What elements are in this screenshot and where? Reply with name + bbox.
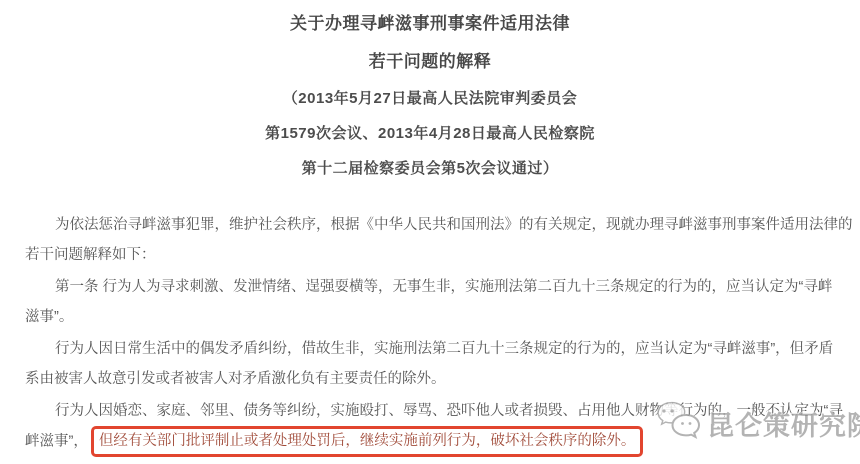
paragraph-family-disputes: 行为人因婚恋、家庭、邻里、债务等纠纷，实施殴打、辱骂、恐吓他人或者损毁、占用他人… xyxy=(25,396,846,457)
meta-line1: （2013年5月27日最高人民法院审判委员会 xyxy=(0,81,860,116)
paragraph-line: 行为人因婚恋、家庭、邻里、债务等纠纷，实施殴打、辱骂、恐吓他人或者损毁、占用他人… xyxy=(25,396,846,426)
paragraph-line: 系由被害人故意引发或者被害人对矛盾激化负有主要责任的除外。 xyxy=(25,364,846,394)
document-title-line1: 关于办理寻衅滋事刑事案件适用法律 xyxy=(0,5,860,43)
meta-line2: 第1579次会议、2013年4月28日最高人民检察院 xyxy=(0,116,860,151)
paragraph-line-prefix: 衅滋事”， xyxy=(25,433,88,449)
paragraph-line: 滋事”。 xyxy=(25,302,846,332)
document-meta: （2013年5月27日最高人民法院审判委员会 第1579次会议、2013年4月2… xyxy=(0,81,860,186)
document-title: 关于办理寻衅滋事刑事案件适用法律 若干问题的解释 xyxy=(0,0,860,81)
paragraph-line: 为依法惩治寻衅滋事犯罪，维护社会秩序，根据《中华人民共和国刑法》的有关规定，现就… xyxy=(25,210,846,240)
paragraph-line: 若干问题解释如下： xyxy=(25,240,846,270)
paragraph-line: 第一条 行为人为寻求刺激、发泄情绪、逞强耍横等，无事生非，实施刑法第二百九十三条… xyxy=(25,272,846,302)
paragraph-preamble: 为依法惩治寻衅滋事犯罪，维护社会秩序，根据《中华人民共和国刑法》的有关规定，现就… xyxy=(25,210,846,270)
highlighted-clause: 但经有关部门批评制止或者处理处罚后，继续实施前列行为，破坏社会秩序的除外。 xyxy=(99,433,636,449)
meta-line3: 第十二届检察委员会第5次会议通过） xyxy=(0,151,860,186)
paragraph-daily-disputes: 行为人因日常生活中的偶发矛盾纠纷，借故生非，实施刑法第二百九十三条规定的行为的，… xyxy=(25,334,846,394)
document-title-line2: 若干问题的解释 xyxy=(0,43,860,81)
document-page: 关于办理寻衅滋事刑事案件适用法律 若干问题的解释 （2013年5月27日最高人民… xyxy=(0,0,860,464)
document-body: 为依法惩治寻衅滋事犯罪，维护社会秩序，根据《中华人民共和国刑法》的有关规定，现就… xyxy=(0,210,860,457)
paragraph-line: 行为人因日常生活中的偶发矛盾纠纷，借故生非，实施刑法第二百九十三条规定的行为的，… xyxy=(25,334,846,364)
paragraph-line: 衅滋事”，但经有关部门批评制止或者处理处罚后，继续实施前列行为，破坏社会秩序的除… xyxy=(25,426,846,457)
paragraph-article-1: 第一条 行为人为寻求刺激、发泄情绪、逞强耍横等，无事生非，实施刑法第二百九十三条… xyxy=(25,272,846,332)
highlight-box: 但经有关部门批评制止或者处理处罚后，继续实施前列行为，破坏社会秩序的除外。 xyxy=(91,426,644,457)
